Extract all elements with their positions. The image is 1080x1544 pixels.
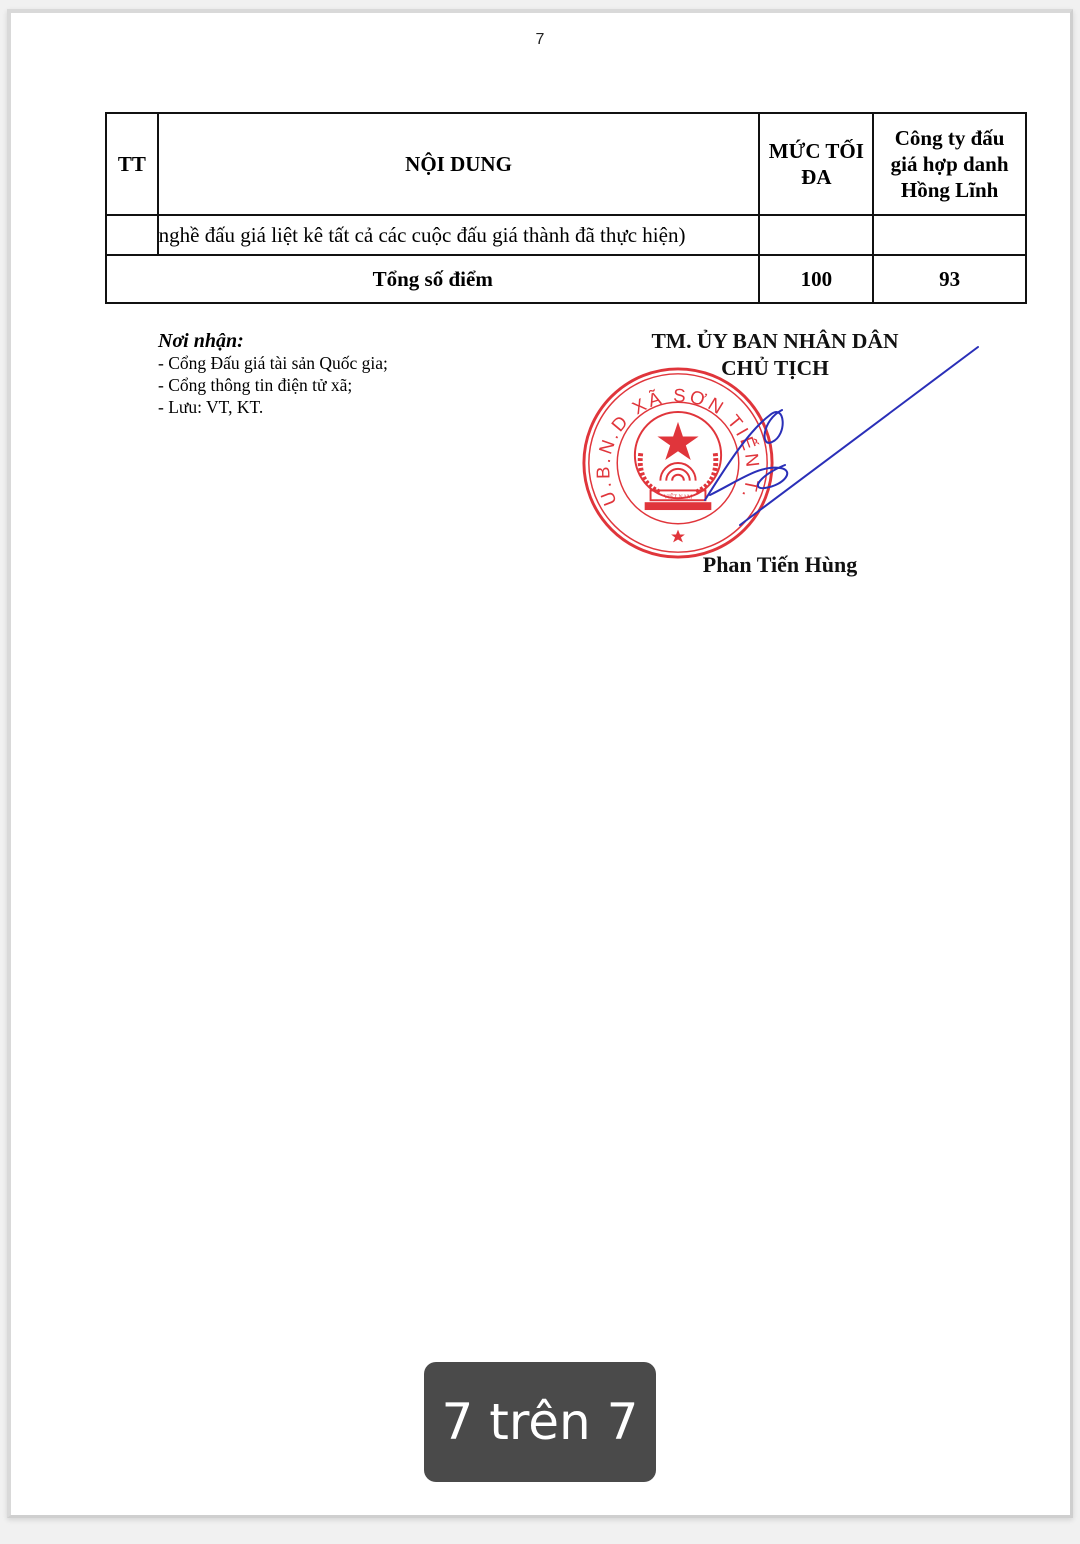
svg-text:VIỆT NAM: VIỆT NAM bbox=[664, 492, 693, 500]
cell-max bbox=[759, 215, 873, 255]
header-content: NỘI DUNG bbox=[158, 113, 760, 215]
total-score: 93 bbox=[873, 255, 1026, 303]
header-max-label: MỨC TỐI ĐA bbox=[766, 138, 866, 190]
cell-content: nghề đấu giá liệt kê tất cả các cuộc đấu… bbox=[158, 215, 760, 255]
header-company-label: Công ty đấu giá hợp danh Hồng Lĩnh bbox=[882, 125, 1017, 203]
table-header-row: TT NỘI DUNG MỨC TỐI ĐA Công ty đấu giá h… bbox=[106, 113, 1026, 215]
total-max: 100 bbox=[759, 255, 873, 303]
page-indicator: 7 trên 7 bbox=[424, 1362, 656, 1482]
cell-tt bbox=[106, 215, 158, 255]
recipient-item: - Cổng thông tin điện tử xã; bbox=[158, 374, 388, 396]
signer-name: Phan Tiến Hùng bbox=[620, 552, 940, 578]
recipients-title: Nơi nhận: bbox=[158, 330, 388, 352]
total-row: Tổng số điểm 100 93 bbox=[106, 255, 1026, 303]
handwritten-signature-icon bbox=[690, 340, 990, 540]
recipient-item: - Cổng Đấu giá tài sản Quốc gia; bbox=[158, 352, 388, 374]
header-max: MỨC TỐI ĐA bbox=[759, 113, 873, 215]
header-tt: TT bbox=[106, 113, 158, 215]
total-label: Tổng số điểm bbox=[106, 255, 759, 303]
recipients-block: Nơi nhận: - Cổng Đấu giá tài sản Quốc gi… bbox=[158, 330, 388, 418]
table-row: nghề đấu giá liệt kê tất cả các cuộc đấu… bbox=[106, 215, 1026, 255]
cell-score bbox=[873, 215, 1026, 255]
header-company: Công ty đấu giá hợp danh Hồng Lĩnh bbox=[873, 113, 1026, 215]
recipient-item: - Lưu: VT, KT. bbox=[158, 396, 388, 418]
page-number: 7 bbox=[0, 31, 1080, 49]
score-table: TT NỘI DUNG MỨC TỐI ĐA Công ty đấu giá h… bbox=[105, 112, 1027, 304]
